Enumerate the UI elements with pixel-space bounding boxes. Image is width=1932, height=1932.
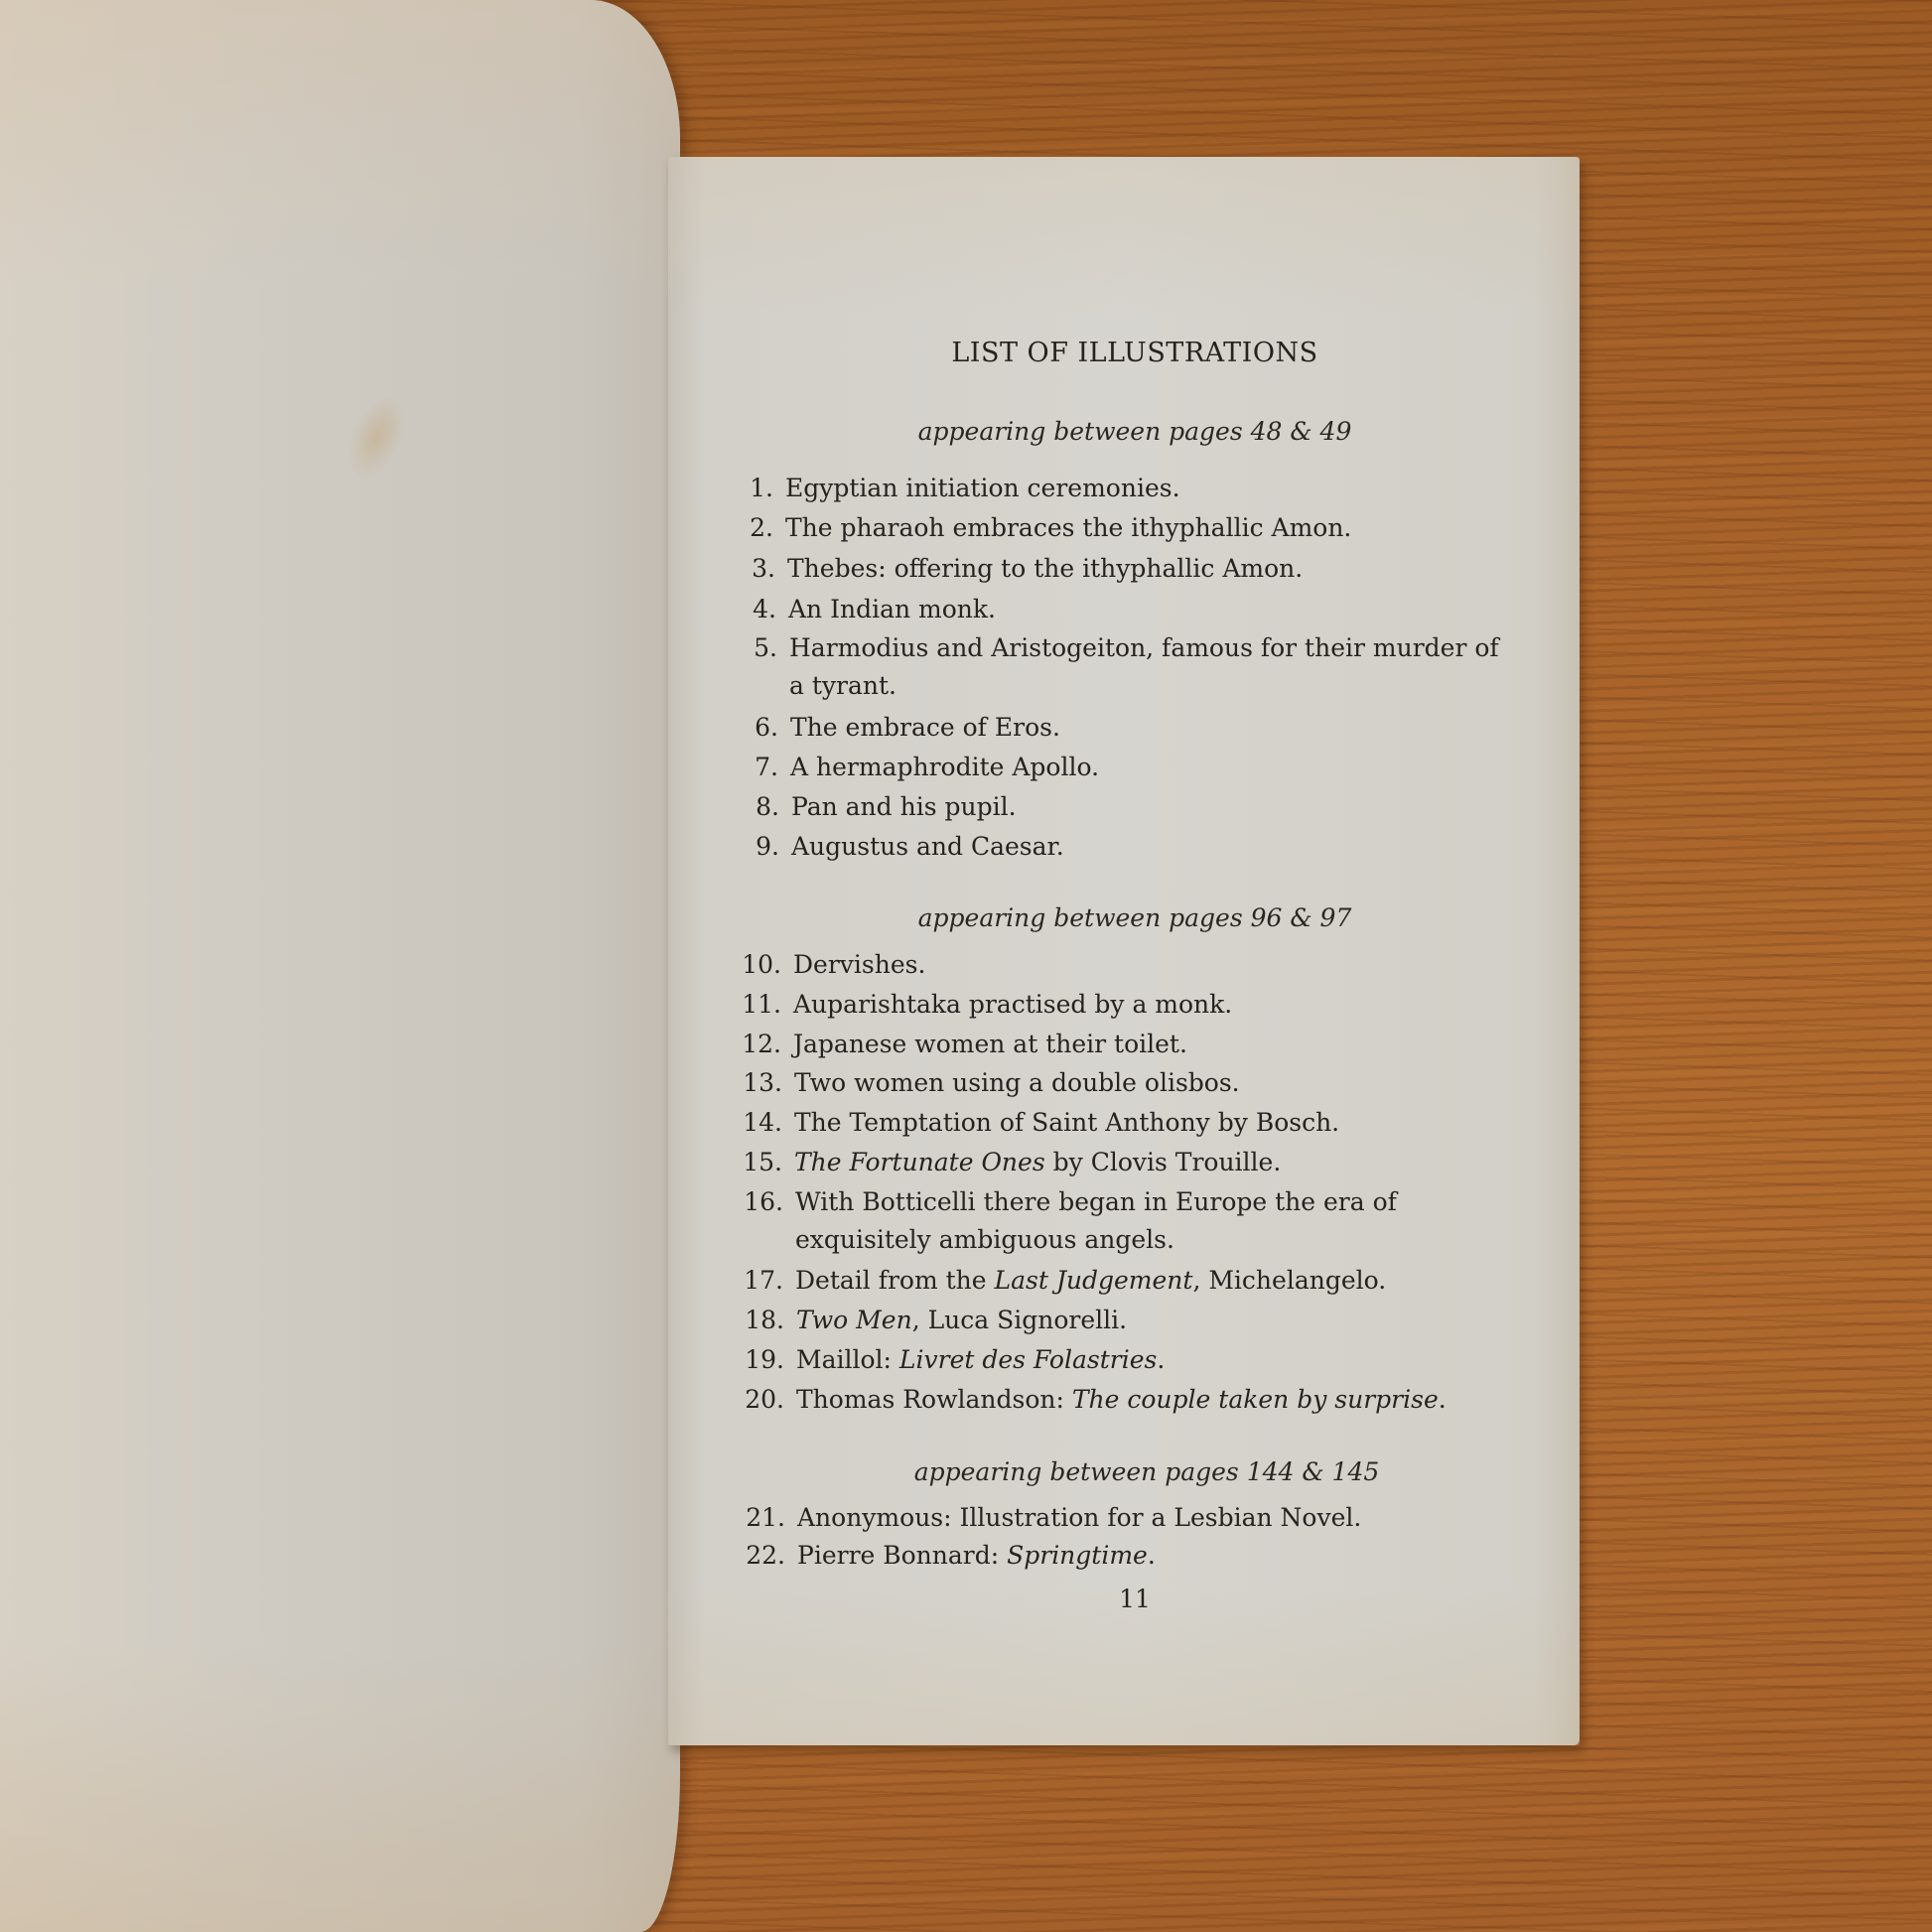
right-page: LIST OF ILLUSTRATIONS appearing between … xyxy=(668,157,1580,1745)
list-item: 15.The Fortunate Ones by Clovis Trouille… xyxy=(737,1144,1521,1181)
list-item: 21.Anonymous: Illustration for a Lesbian… xyxy=(740,1499,1524,1537)
wooden-table-background: LIST OF ILLUSTRATIONS appearing between … xyxy=(0,0,1932,1932)
list-item: 10.Dervishes. xyxy=(736,946,1520,984)
list-item: 3.Thebes: offering to the ithyphallic Am… xyxy=(730,550,1514,588)
list-item: 9.Augustus and Caesar. xyxy=(734,828,1518,866)
paper-stain xyxy=(336,386,418,488)
list-item: 1.Egyptian initiation ceremonies. xyxy=(728,470,1512,507)
section-title: appearing between pages 48 & 49 xyxy=(728,417,1542,446)
list-item: 14.The Temptation of Saint Anthony by Bo… xyxy=(737,1104,1521,1142)
list-item: 6.The embrace of Eros. xyxy=(733,709,1517,747)
section-title: appearing between pages 96 & 97 xyxy=(728,903,1542,932)
list-item: 2.The pharaoh embraces the ithyphallic A… xyxy=(728,509,1512,547)
list-item: 7.A hermaphrodite Apollo. xyxy=(733,749,1517,786)
list-item: 8.Pan and his pupil. xyxy=(734,788,1518,826)
list-item: 16.With Botticelli there began in Europe… xyxy=(738,1183,1522,1259)
list-item: 13.Two women using a double olisbos. xyxy=(737,1064,1521,1102)
page-number: 11 xyxy=(728,1585,1542,1613)
list-item: 20.Thomas Rowlandson: The couple taken b… xyxy=(739,1381,1523,1419)
page-heading: LIST OF ILLUSTRATIONS xyxy=(728,338,1542,368)
list-item: 17.Detail from the Last Judgement, Miche… xyxy=(738,1262,1522,1300)
list-item: 4.An Indian monk. xyxy=(731,591,1515,628)
list-item: 19.Maillol: Livret des Folastries. xyxy=(739,1341,1523,1379)
list-item: 22.Pierre Bonnard: Springtime. xyxy=(740,1537,1524,1575)
left-page-blank xyxy=(0,0,680,1932)
section-title: appearing between pages 144 & 145 xyxy=(740,1457,1554,1486)
list-item: 12.Japanese women at their toilet. xyxy=(736,1026,1520,1063)
list-item: 11.Auparishtaka practised by a monk. xyxy=(736,986,1520,1024)
list-item: 5.Harmodius and Aristogeiton, famous for… xyxy=(732,629,1516,705)
list-item: 18.Two Men, Luca Signorelli. xyxy=(739,1302,1523,1339)
